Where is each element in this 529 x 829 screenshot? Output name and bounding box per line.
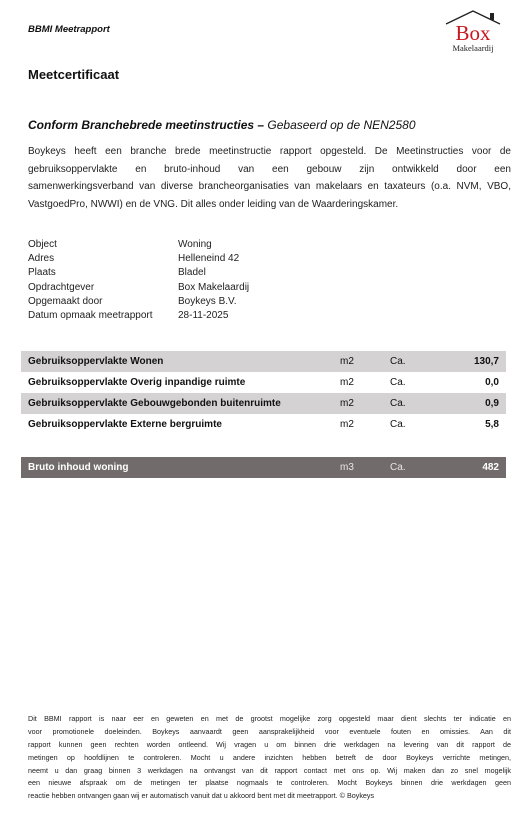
meta-label: Datum opmaak meetrapport (28, 309, 178, 323)
house-roof-icon: Box Makelaardij (440, 8, 506, 54)
volume-approx: Ca. (390, 462, 450, 473)
meta-value: Bladel (178, 266, 206, 280)
page-title: Meetcertificaat (28, 67, 119, 82)
measurement-label: Gebruiksoppervlakte Externe bergruimte (28, 419, 340, 430)
intro-line: Boykeys heeft een branche brede meetinst… (28, 143, 511, 161)
disclaimer-line: Dit BBMI rapport is naar eer en geweten … (28, 713, 511, 726)
measurement-table: Gebruiksoppervlakte Wonen m2 Ca. 130,7 G… (21, 351, 506, 478)
meta-label: Object (28, 238, 178, 252)
measurement-value: 0,0 (450, 377, 499, 388)
meta-label: Opdrachtgever (28, 281, 178, 295)
measurement-approx: Ca. (390, 419, 450, 430)
intro-line: gebruiksoppervlakte en bruto-inhoud van … (28, 161, 511, 179)
volume-label: Bruto inhoud woning (28, 462, 340, 473)
disclaimer: Dit BBMI rapport is naar eer en geweten … (28, 713, 511, 803)
intro-paragraph: Boykeys heeft een branche brede meetinst… (28, 143, 511, 213)
intro-line: VastgoedPro, NWWI) en de VNG. Dit alles … (28, 196, 511, 214)
measurement-label: Gebruiksoppervlakte Wonen (28, 356, 340, 367)
meta-value: Box Makelaardij (178, 281, 249, 295)
meta-row-address: Adres Helleneind 42 (28, 252, 249, 266)
disclaimer-line: voor promotionele doeleinden. Boykeys aa… (28, 726, 511, 739)
meta-row-author: Opgemaakt door Boykeys B.V. (28, 295, 249, 309)
report-label: BBMI Meetrapport (28, 24, 110, 35)
meta-row-place: Plaats Bladel (28, 266, 249, 280)
meta-label: Opgemaakt door (28, 295, 178, 309)
meta-value: Woning (178, 238, 212, 252)
disclaimer-line: neemt u dan graag binnen 3 werkdagen na … (28, 765, 511, 778)
measurement-label: Gebruiksoppervlakte Gebouwgebonden buite… (28, 398, 340, 409)
svg-text:Makelaardij: Makelaardij (452, 43, 493, 53)
intro-line: samenwerkingsverband van diverse branche… (28, 178, 511, 196)
volume-unit: m3 (340, 462, 390, 473)
svg-text:Box: Box (455, 21, 491, 45)
measurement-approx: Ca. (390, 377, 450, 388)
measurement-unit: m2 (340, 356, 390, 367)
disclaimer-line: een nieuwe afspraak om de metingen ter p… (28, 777, 511, 790)
meta-row-client: Opdrachtgever Box Makelaardij (28, 281, 249, 295)
measurement-approx: Ca. (390, 398, 450, 409)
disclaimer-line: rapport kunnen geen rechten worden ontle… (28, 739, 511, 752)
object-details: Object Woning Adres Helleneind 42 Plaats… (28, 238, 249, 323)
measurement-row: Gebruiksoppervlakte Gebouwgebonden buite… (21, 393, 506, 414)
measurement-row: Gebruiksoppervlakte Wonen m2 Ca. 130,7 (21, 351, 506, 372)
subtitle-strong: Conform Branchebrede meetinstructies – (28, 118, 264, 132)
measurement-unit: m2 (340, 419, 390, 430)
measurement-unit: m2 (340, 398, 390, 409)
meta-label: Plaats (28, 266, 178, 280)
measurement-value: 130,7 (450, 356, 499, 367)
measurement-row: Gebruiksoppervlakte Externe bergruimte m… (21, 414, 506, 435)
disclaimer-line: reactie hebben ontvangen gaan wij er aut… (28, 790, 511, 803)
measurement-row: Gebruiksoppervlakte Overig inpandige rui… (21, 372, 506, 393)
subtitle: Conform Branchebrede meetinstructies – G… (28, 118, 416, 132)
table-spacer (21, 435, 506, 457)
measurement-value: 5,8 (450, 419, 499, 430)
volume-value: 482 (450, 462, 499, 473)
measurement-label: Gebruiksoppervlakte Overig inpandige rui… (28, 377, 340, 388)
company-logo: Box Makelaardij (440, 8, 506, 54)
meta-label: Adres (28, 252, 178, 266)
meta-value: 28-11-2025 (178, 309, 228, 323)
measurement-value: 0,9 (450, 398, 499, 409)
subtitle-light: Gebaseerd op de NEN2580 (264, 118, 415, 132)
volume-row: Bruto inhoud woning m3 Ca. 482 (21, 457, 506, 478)
meta-row-object: Object Woning (28, 238, 249, 252)
meta-value: Boykeys B.V. (178, 295, 237, 309)
measurement-approx: Ca. (390, 356, 450, 367)
meta-value: Helleneind 42 (178, 252, 239, 266)
disclaimer-line: metingen op hoofdlijnen te controleren. … (28, 752, 511, 765)
measurement-unit: m2 (340, 377, 390, 388)
meta-row-date: Datum opmaak meetrapport 28-11-2025 (28, 309, 249, 323)
